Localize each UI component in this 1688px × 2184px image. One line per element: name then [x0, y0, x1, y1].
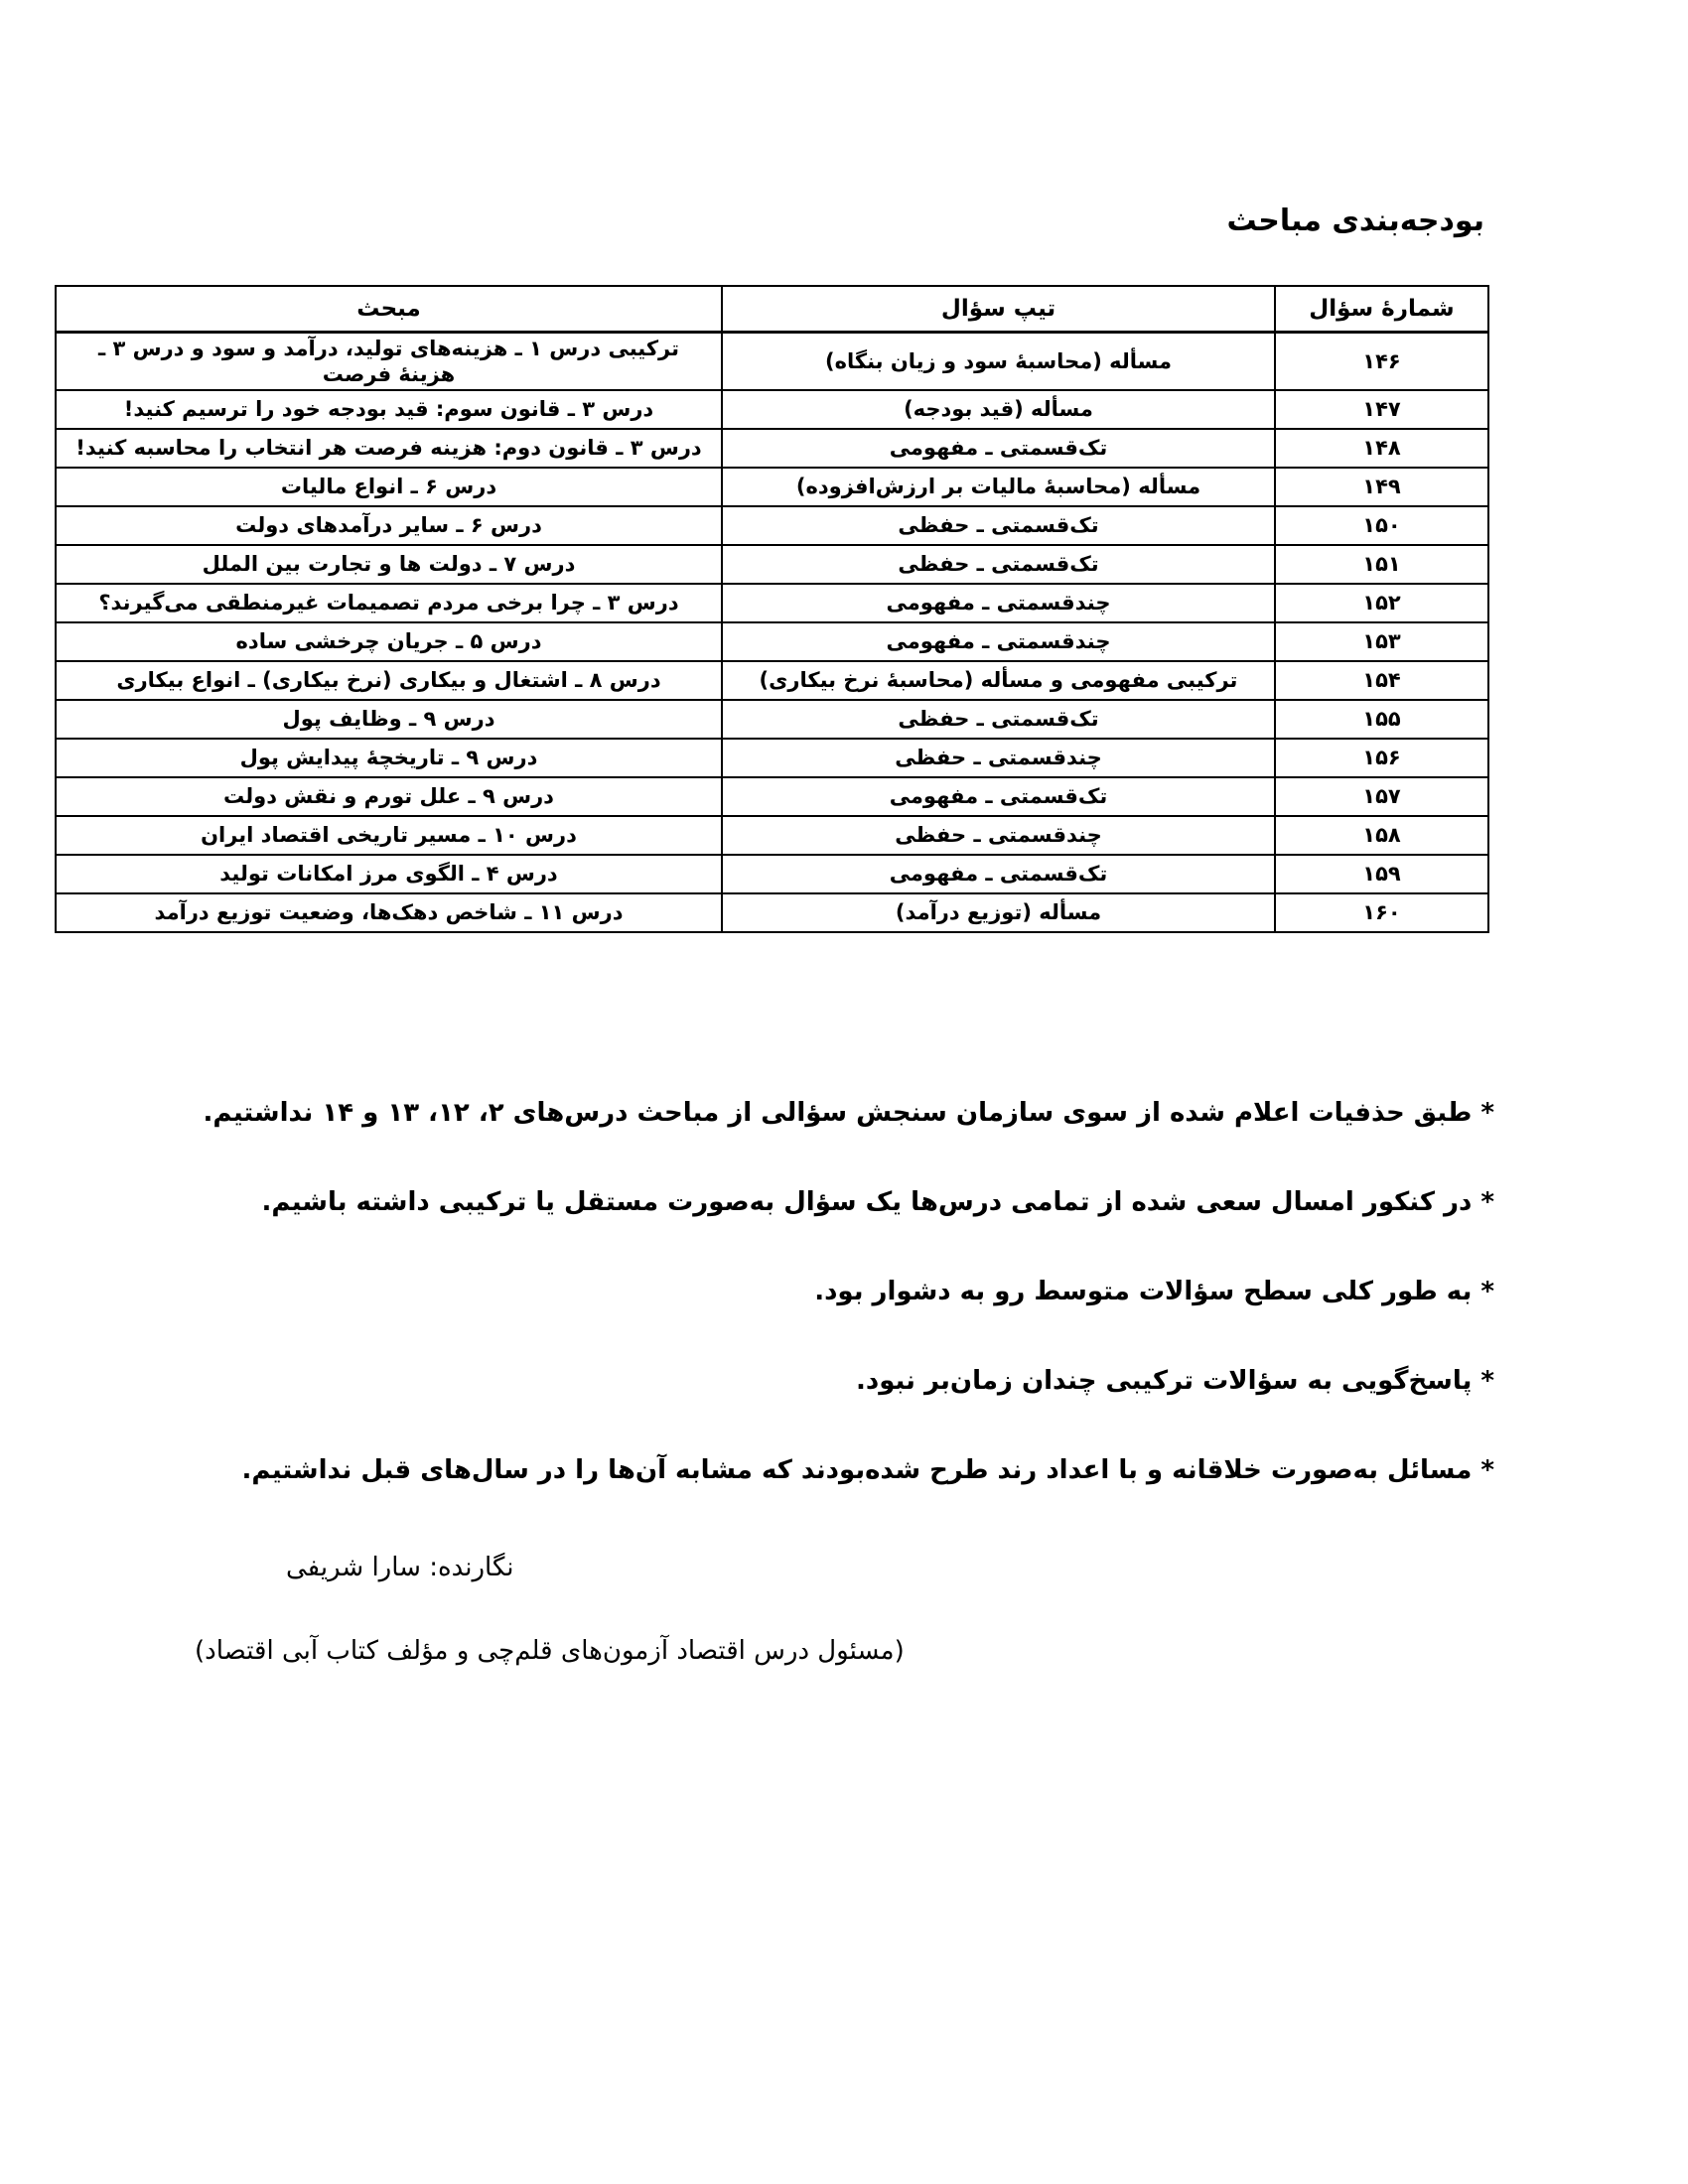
header-topic: مبحث [56, 286, 722, 332]
cell-question-number: ۱۴۶ [1275, 332, 1488, 390]
cell-topic: درس ۳ ـ چرا برخی مردم تصمیمات غیرمنطقی م… [56, 584, 722, 622]
note-line: * به طور کلی سطح سؤالات متوسط رو به دشوا… [298, 1275, 1494, 1308]
table-row: ۱۵۷ تک‌قسمتی ـ مفهومی درس ۹ ـ علل تورم و… [56, 777, 1488, 816]
table-row: ۱۵۶ چندقسمتی ـ حفظی درس ۹ ـ تاریخچهٔ پید… [56, 739, 1488, 777]
table-header-row: شمارهٔ سؤال تیپ سؤال مبحث [56, 286, 1488, 332]
cell-question-type: چندقسمتی ـ حفظی [722, 816, 1275, 855]
cell-question-type: تک‌قسمتی ـ مفهومی [722, 429, 1275, 468]
table-row: ۱۵۱ تک‌قسمتی ـ حفظی درس ۷ ـ دولت ها و تج… [56, 545, 1488, 584]
table-row: ۱۶۰ مسأله (توزیع درآمد) درس ۱۱ ـ شاخص ده… [56, 893, 1488, 932]
cell-question-number: ۱۵۹ [1275, 855, 1488, 893]
cell-topic: درس ۸ ـ اشتغال و بیکاری (نرخ بیکاری) ـ ا… [56, 661, 722, 700]
cell-question-number: ۱۵۷ [1275, 777, 1488, 816]
cell-question-type: ترکیبی مفهومی و مسأله (محاسبهٔ نرخ بیکار… [722, 661, 1275, 700]
table-row: ۱۵۳ چندقسمتی ـ مفهومی درس ۵ ـ جریان چرخش… [56, 622, 1488, 661]
budget-table: شمارهٔ سؤال تیپ سؤال مبحث ۱۴۶ مسأله (محا… [55, 285, 1489, 933]
document-page: بودجه‌بندی مباحث شمارهٔ سؤال تیپ سؤال مب… [0, 0, 1688, 2184]
cell-topic: درس ۳ ـ قانون سوم: قید بودجه خود را ترسی… [56, 390, 722, 429]
cell-question-type: تک‌قسمتی ـ حفظی [722, 506, 1275, 545]
cell-topic: درس ۱۰ ـ مسیر تاریخی اقتصاد ایران [56, 816, 722, 855]
cell-question-number: ۱۵۶ [1275, 739, 1488, 777]
header-question-number: شمارهٔ سؤال [1275, 286, 1488, 332]
table-row: ۱۴۷ مسأله (قید بودجه) درس ۳ ـ قانون سوم:… [56, 390, 1488, 429]
cell-question-number: ۱۴۷ [1275, 390, 1488, 429]
cell-topic: درس ۹ ـ تاریخچهٔ پیدایش پول [56, 739, 722, 777]
cell-topic: درس ۷ ـ دولت ها و تجارت بین الملل [56, 545, 722, 584]
cell-question-number: ۱۶۰ [1275, 893, 1488, 932]
cell-question-type: مسأله (محاسبهٔ مالیات بر ارزش‌افزوده) [722, 468, 1275, 506]
cell-question-type: تک‌قسمتی ـ مفهومی [722, 855, 1275, 893]
cell-question-number: ۱۵۵ [1275, 700, 1488, 739]
cell-question-number: ۱۵۱ [1275, 545, 1488, 584]
cell-topic: درس ۹ ـ علل تورم و نقش دولت [56, 777, 722, 816]
author-name-line: نگارنده: سارا شریفی [286, 1553, 514, 1582]
cell-question-type: چندقسمتی ـ حفظی [722, 739, 1275, 777]
cell-question-type: تک‌قسمتی ـ حفظی [722, 545, 1275, 584]
table-header: شمارهٔ سؤال تیپ سؤال مبحث [56, 286, 1488, 332]
cell-topic: ترکیبی درس ۱ ـ هزینه‌های تولید، درآمد و … [56, 332, 722, 390]
cell-question-type: مسأله (توزیع درآمد) [722, 893, 1275, 932]
note-line: * مسائل به‌صورت خلاقانه و با اعداد رند ط… [298, 1453, 1494, 1487]
table-row: ۱۵۸ چندقسمتی ـ حفظی درس ۱۰ ـ مسیر تاریخی… [56, 816, 1488, 855]
cell-question-type: چندقسمتی ـ مفهومی [722, 584, 1275, 622]
cell-topic: درس ۹ ـ وظایف پول [56, 700, 722, 739]
cell-topic: درس ۱۱ ـ شاخص دهک‌ها، وضعیت توزیع درآمد [56, 893, 722, 932]
table-row: ۱۴۹ مسأله (محاسبهٔ مالیات بر ارزش‌افزوده… [56, 468, 1488, 506]
cell-topic: درس ۳ ـ قانون دوم: هزینه فرصت هر انتخاب … [56, 429, 722, 468]
cell-question-type: مسأله (قید بودجه) [722, 390, 1275, 429]
cell-topic: درس ۶ ـ انواع مالیات [56, 468, 722, 506]
page-title: بودجه‌بندی مباحث [1226, 204, 1484, 238]
note-line: * طبق حذفیات اعلام شده از سوی سازمان سنج… [298, 1096, 1494, 1130]
cell-topic: درس ۶ ـ سایر درآمدهای دولت [56, 506, 722, 545]
cell-question-number: ۱۵۸ [1275, 816, 1488, 855]
cell-question-type: مسأله (محاسبهٔ سود و زیان بنگاه) [722, 332, 1275, 390]
table-row: ۱۵۲ چندقسمتی ـ مفهومی درس ۳ ـ چرا برخی م… [56, 584, 1488, 622]
cell-question-number: ۱۵۳ [1275, 622, 1488, 661]
cell-topic: درس ۴ ـ الگوی مرز امکانات تولید [56, 855, 722, 893]
table-row: ۱۴۶ مسأله (محاسبهٔ سود و زیان بنگاه) ترک… [56, 332, 1488, 390]
notes: * طبق حذفیات اعلام شده از سوی سازمان سنج… [298, 1096, 1494, 1543]
header-question-type: تیپ سؤال [722, 286, 1275, 332]
cell-question-number: ۱۴۹ [1275, 468, 1488, 506]
table-row: ۱۵۰ تک‌قسمتی ـ حفظی درس ۶ ـ سایر درآمدها… [56, 506, 1488, 545]
table-row: ۱۴۸ تک‌قسمتی ـ مفهومی درس ۳ ـ قانون دوم:… [56, 429, 1488, 468]
cell-topic: درس ۵ ـ جریان چرخشی ساده [56, 622, 722, 661]
note-line: * پاسخ‌گویی به سؤالات ترکیبی چندان زمان‌… [298, 1364, 1494, 1398]
cell-question-number: ۱۴۸ [1275, 429, 1488, 468]
cell-question-type: چندقسمتی ـ مفهومی [722, 622, 1275, 661]
cell-question-number: ۱۵۰ [1275, 506, 1488, 545]
table-row: ۱۵۵ تک‌قسمتی ـ حفظی درس ۹ ـ وظایف پول [56, 700, 1488, 739]
author-role-line: (مسئول درس اقتصاد آزمون‌های قلم‌چی و مؤل… [195, 1636, 905, 1666]
table-row: ۱۵۹ تک‌قسمتی ـ مفهومی درس ۴ ـ الگوی مرز … [56, 855, 1488, 893]
cell-question-type: تک‌قسمتی ـ حفظی [722, 700, 1275, 739]
cell-question-number: ۱۵۲ [1275, 584, 1488, 622]
note-line: * در کنکور امسال سعی شده از تمامی درس‌ها… [298, 1185, 1494, 1219]
cell-question-number: ۱۵۴ [1275, 661, 1488, 700]
cell-question-type: تک‌قسمتی ـ مفهومی [722, 777, 1275, 816]
table-body: ۱۴۶ مسأله (محاسبهٔ سود و زیان بنگاه) ترک… [56, 332, 1488, 932]
table-row: ۱۵۴ ترکیبی مفهومی و مسأله (محاسبهٔ نرخ ب… [56, 661, 1488, 700]
